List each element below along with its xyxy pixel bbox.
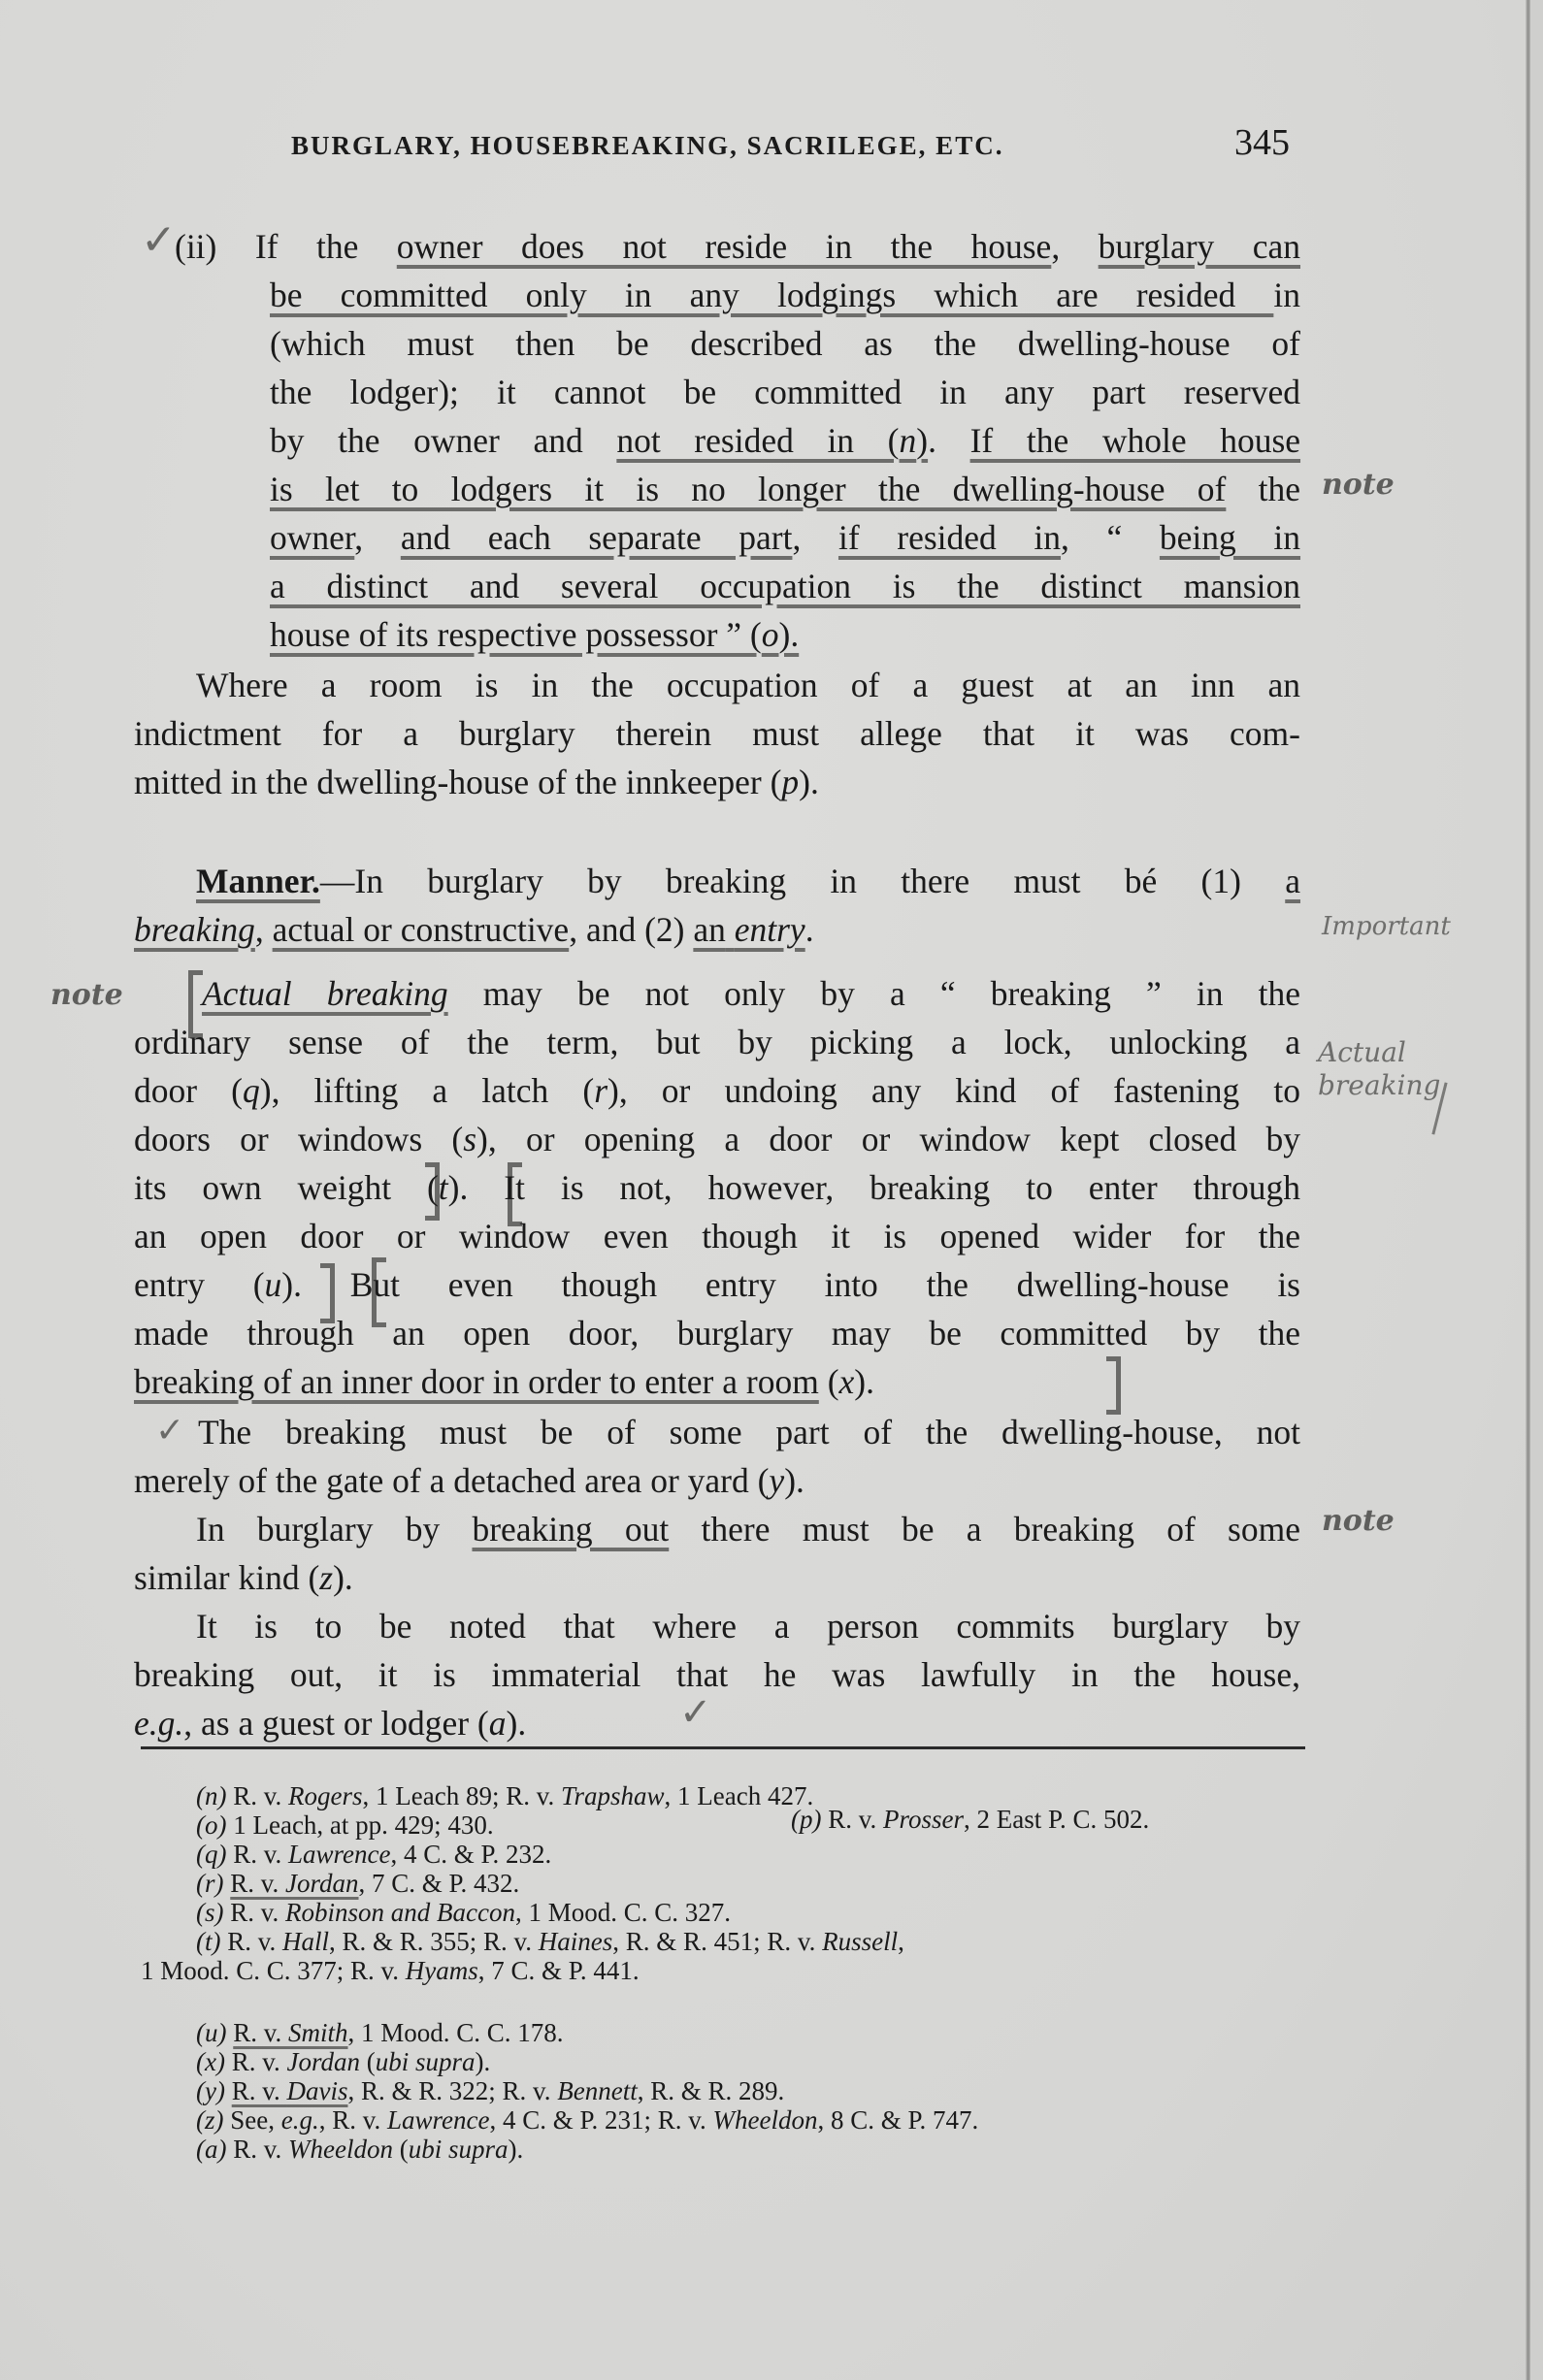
footnote-r: (r) R. v. Jordan, 7 C. & P. 432. [196,1869,519,1898]
footnote-t-continued: 1 Mood. C. C. 377; R. v. Hyams, 7 C. & P… [141,1956,640,1985]
footnote-o: (o) 1 Leach, at pp. 429; 430. [196,1810,494,1840]
para-ii-line-9: house of its respective possessor ” (o). [270,615,799,654]
para-ii-line-8: a distinct and several occupation is the… [270,567,1300,605]
page-number: 345 [1234,121,1290,164]
para-ii-line-7: owner, and each separate part, if reside… [270,518,1300,557]
para-out-line-2: similar kind (z). [134,1558,353,1597]
check-mark-icon: ✓ [679,1690,712,1735]
para-inn-line-2: indictment for a burglary therein must a… [134,714,1300,753]
para-part-line-1: The breaking must be of some part of the… [198,1413,1300,1451]
footnote-p: (p) R. v. Prosser, 2 East P. C. 502. [791,1805,1149,1834]
para-ii-line-6: is let to lodgers it is no longer the dw… [270,470,1300,508]
section-heading-manner: Manner. [196,862,320,900]
book-page: BURGLARY, HOUSEBREAKING, SACRILEGE, ETC.… [0,0,1543,2380]
margin-note-actual-breaking: Actualbreaking [1318,1036,1440,1102]
para-actual-line-5: its own weight (t). It is not, however, … [134,1168,1300,1207]
para-ii-line-5: by the owner and not resided in (n). If … [270,421,1300,460]
para-actual-line-1: Actual breaking may be not only by a “ b… [202,974,1300,1013]
para-manner-line-2: breaking, actual or constructive, and (2… [134,910,814,949]
footnote-x: (x) R. v. Jordan (ubi supra). [196,2047,490,2076]
para-ii-line-2: be committed only in any lodgings which … [270,276,1300,314]
para-actual-line-7: entry (u). But even though entry into th… [134,1265,1300,1304]
para-ii-line-3: (which must then be described as the dwe… [270,324,1300,363]
para-inn-line-3: mitted in the dwelling-house of the innk… [134,763,819,801]
para-noted-line-2: breaking out, it is immaterial that he w… [134,1655,1300,1694]
para-part-line-2: merely of the gate of a detached area or… [134,1461,804,1500]
para-ii-line-1: (ii) If the owner does not reside in the… [175,227,1300,266]
check-mark-icon: ✓ [155,1411,184,1451]
footnote-rule [141,1746,1305,1749]
para-actual-line-9: breaking of an inner door in order to en… [134,1362,874,1401]
footnote-a: (a) R. v. Wheeldon (ubi supra). [196,2135,523,2164]
footnote-u: (u) R. v. Smith, 1 Mood. C. C. 178. [196,2018,564,2047]
para-actual-line-8: made through an open door, burglary may … [134,1314,1300,1353]
footnote-q: (q) R. v. Lawrence, 4 C. & P. 232. [196,1840,551,1869]
bracket-close [1106,1356,1121,1415]
footnote-y: (y) R. v. Davis, R. & R. 322; R. v. Benn… [196,2076,784,2105]
check-mark-icon: ✓ [141,215,177,265]
para-actual-line-3: door (q), lifting a latch (r), or undoin… [134,1071,1300,1110]
footnote-t: (t) R. v. Hall, R. & R. 355; R. v. Haine… [196,1927,904,1956]
para-noted-line-3: e.g., as a guest or lodger (a). [134,1704,526,1743]
page-edge-margin [1530,0,1543,2380]
para-out-line-1: In burglary by breaking out there must b… [196,1510,1300,1549]
footnote-n: (n) R. v. Rogers, 1 Leach 89; R. v. Trap… [196,1781,813,1810]
para-ii-line-4: the lodger); it cannot be committed in a… [270,373,1300,411]
footnote-s: (s) R. v. Robinson and Baccon, 1 Mood. C… [196,1898,731,1927]
para-actual-line-4: doors or windows (s), or opening a door … [134,1120,1300,1158]
margin-note-1: note [1322,468,1395,502]
para-noted-line-1: It is to be noted that where a person co… [196,1607,1300,1646]
footnote-z: (z) See, e.g., R. v. Lawrence, 4 C. & P.… [196,2105,978,2135]
running-title: BURGLARY, HOUSEBREAKING, SACRILEGE, ETC. [291,131,1003,161]
margin-note-2: note [50,978,123,1012]
para-inn-line-1: Where a room is in the occupation of a g… [196,666,1300,704]
margin-note-important: Important [1322,912,1451,941]
para-manner-line-1: Manner.—In burglary by breaking in there… [196,862,1300,900]
para-actual-line-6: an open door or window even though it is… [134,1217,1300,1255]
margin-note-3: note [1322,1504,1395,1538]
para-actual-line-2: ordinary sense of the term, but by picki… [134,1023,1300,1061]
